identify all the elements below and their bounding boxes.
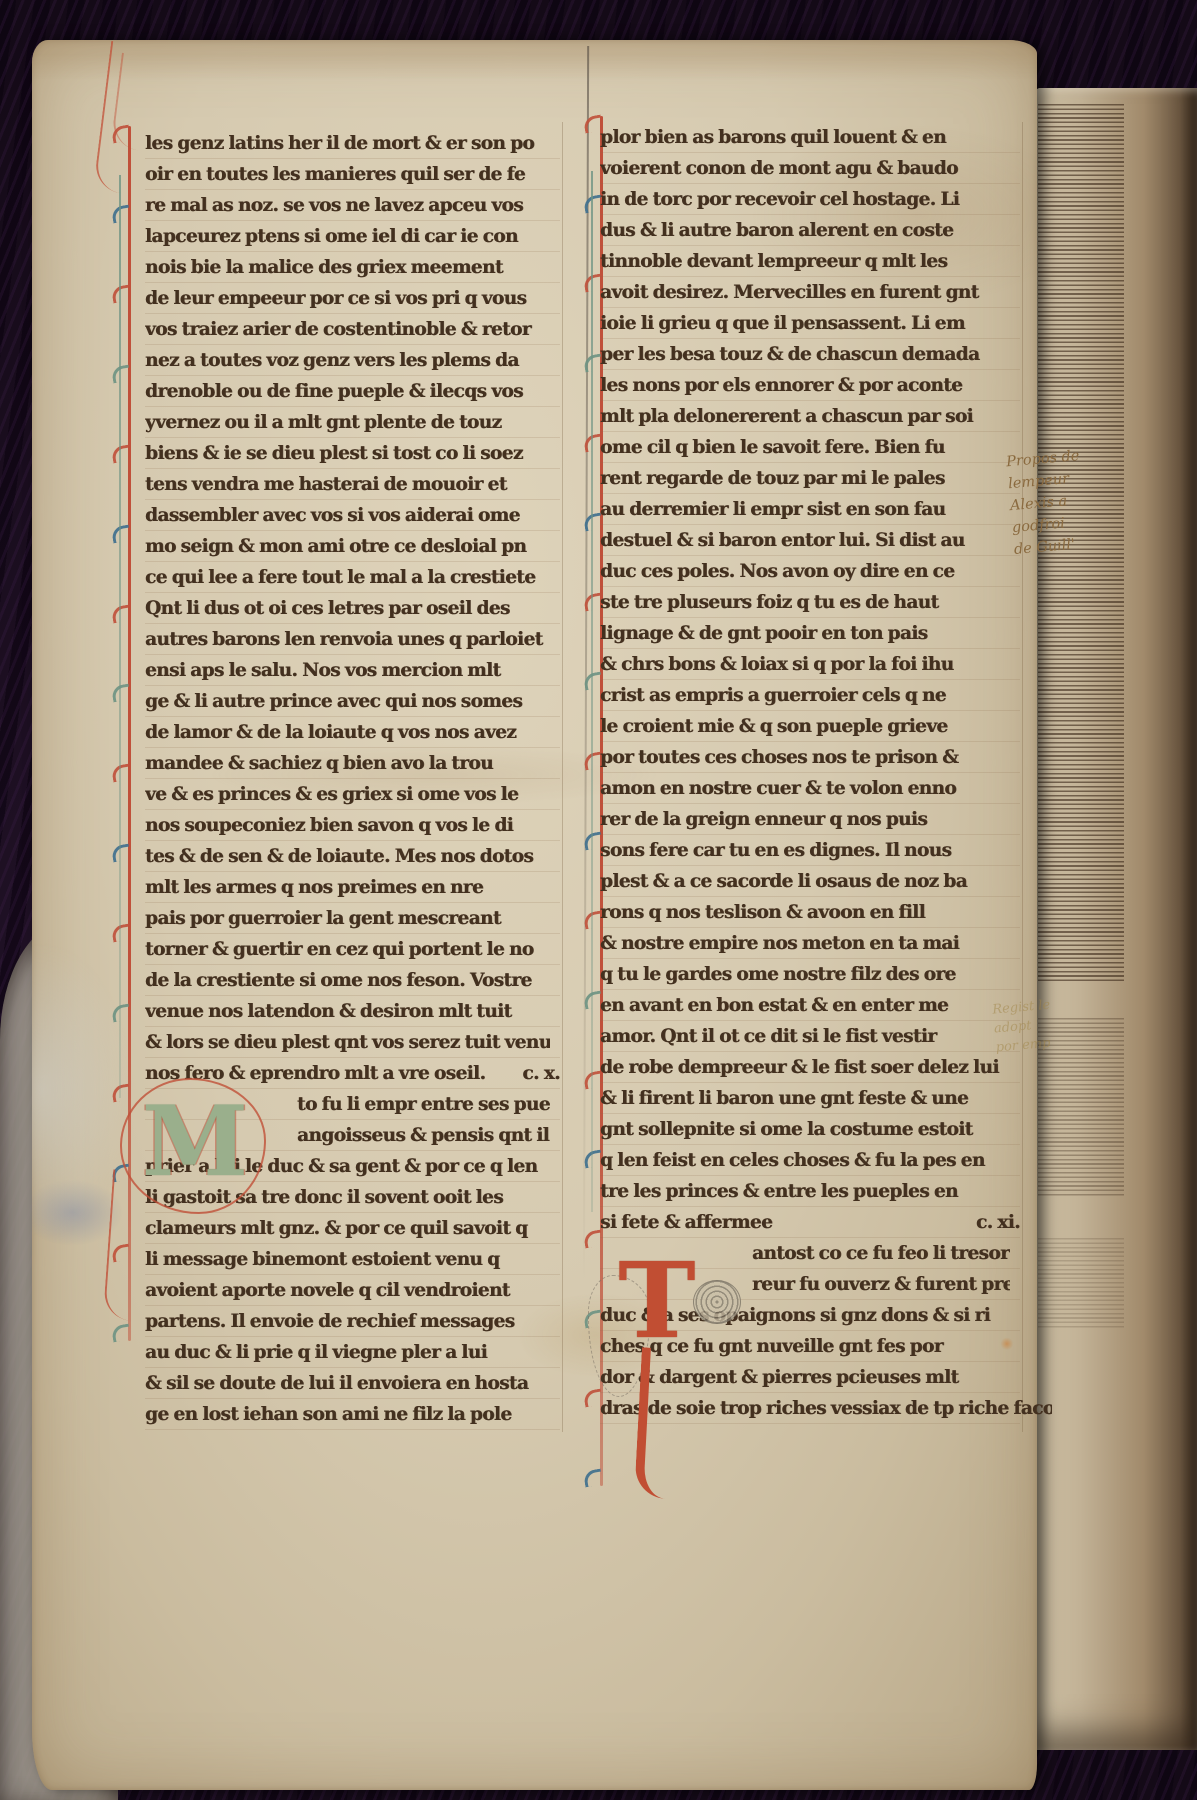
- chapter-numeral: [1010, 1083, 1020, 1114]
- chapter-numeral: [550, 407, 560, 438]
- line-text: amor. Qnt il ot ce dit si le fist vestir: [600, 1021, 1010, 1052]
- text-line: ome cil q bien le savoit fere. Bien fu: [600, 432, 1020, 463]
- line-text: re mal as noz. se vos ne lavez apceu vos: [145, 190, 550, 221]
- line-text: Qnt li dus ot oi ces letres par oseil de…: [145, 593, 550, 624]
- line-text: & li firent li baron une gnt feste & une: [600, 1083, 1010, 1114]
- line-text: ge & li autre prince avec qui nos somes: [145, 686, 550, 717]
- text-line: por toutes ces choses nos te prison &: [600, 742, 1020, 773]
- text-line: pais por guerroier la gent mescreant: [145, 903, 560, 934]
- line-text: & chrs bons & loiax si q por la foi ihu: [600, 649, 1010, 680]
- line-text: ensi aps le salu. Nos vos mercion mlt: [145, 655, 550, 686]
- text-line: tens vendra me hasterai de mouoir et: [145, 469, 560, 500]
- text-line: ge en lost iehan son ami ne filz la pole: [145, 1399, 560, 1430]
- chapter-numeral: [1052, 1393, 1062, 1424]
- text-line: destuel & si baron entor lui. Si dist au: [600, 525, 1020, 556]
- text-line: duc ces poles. Nos avon oy dire en ce: [600, 556, 1020, 587]
- chapter-numeral: [1010, 1269, 1020, 1300]
- text-line: rent regarde de touz par mi le pales: [600, 463, 1020, 494]
- text-line: & sil se doute de lui il envoiera en hos…: [145, 1368, 560, 1399]
- pen-flourish-icon: [111, 444, 132, 463]
- line-text: drenoble ou de fine pueple & ilecqs vos: [145, 376, 550, 407]
- chapter-numeral: [1010, 618, 1020, 649]
- chapter-numeral: [550, 531, 560, 562]
- line-text: au derremier li empr sist en son fau: [600, 494, 1010, 525]
- manuscript-photo: { "palette": { "parchment": "#d6cab0", "…: [0, 0, 1197, 1800]
- chapter-numeral: [550, 1275, 560, 1306]
- line-text: in de torc por recevoir cel hostage. Li: [600, 184, 1010, 215]
- line-text: de robe dempreeur & le fist soer delez l…: [600, 1052, 1010, 1083]
- line-text: gnt sollepnite si ome la costume estoit: [600, 1114, 1010, 1145]
- text-line: mlt pla delonererent a chascun par soi: [600, 401, 1020, 432]
- text-line: amor. Qnt il ot ce dit si le fist vestir: [600, 1021, 1020, 1052]
- chapter-numeral: [550, 934, 560, 965]
- text-column-right: plor bien as barons quil louent & en voi…: [600, 122, 1020, 1424]
- line-text: destuel & si baron entor lui. Si dist au: [600, 525, 1010, 556]
- line-text: de la crestiente si ome nos feson. Vostr…: [145, 965, 550, 996]
- chapter-numeral: [550, 438, 560, 469]
- line-text: lignage & de gnt pooir en ton pais: [600, 618, 1010, 649]
- line-text: rent regarde de touz par mi le pales: [600, 463, 1010, 494]
- chapter-numeral: [550, 686, 560, 717]
- text-line: dus & li autre baron alerent en coste: [600, 215, 1020, 246]
- chapter-numeral: [550, 593, 560, 624]
- chapter-numeral: [1010, 308, 1020, 339]
- pen-flourish-icon: [111, 604, 132, 623]
- pen-flourish-icon: [111, 924, 132, 943]
- text-line: mandee & sachiez q bien avo la trou: [145, 748, 560, 779]
- text-line: re mal as noz. se vos ne lavez apceu vos: [145, 190, 560, 221]
- line-text: sons fere car tu en es dignes. Il nous: [600, 835, 1010, 866]
- line-text: ve & es princes & es griex si ome vos le: [145, 779, 550, 810]
- chapter-numeral: [1010, 866, 1020, 897]
- chapter-numeral: [1010, 680, 1020, 711]
- line-text: en avant en bon estat & en enter me: [600, 990, 1010, 1021]
- pen-flourish-icon: [111, 204, 132, 223]
- line-text: ge en lost iehan son ami ne filz la pole: [145, 1399, 550, 1430]
- line-text: to fu li empr entre ses puez homes: [297, 1089, 550, 1120]
- line-text: avoient aporte novele q cil vendroient: [145, 1275, 550, 1306]
- chapter-numeral: [550, 872, 560, 903]
- chapter-numeral: [1010, 246, 1020, 277]
- chapter-numeral: [1010, 959, 1020, 990]
- chapter-numeral: [1010, 711, 1020, 742]
- chapter-numeral: [550, 655, 560, 686]
- text-line: nos soupeconiez bien savon q vos le di: [145, 810, 560, 841]
- chapter-numeral: [550, 190, 560, 221]
- text-line: avoient aporte novele q cil vendroient: [145, 1275, 560, 1306]
- line-text: yvernez ou il a mlt gnt plente de touz: [145, 407, 550, 438]
- line-text: dassembler avec vos si vos aiderai ome: [145, 500, 550, 531]
- line-text: tens vendra me hasterai de mouoir et: [145, 469, 550, 500]
- chapter-numeral: c. xi.: [966, 1207, 1020, 1238]
- text-line: venue nos latendon & desiron mlt tuit: [145, 996, 560, 1027]
- chapter-numeral: [1010, 1331, 1020, 1362]
- text-line: oir en toutes les manieres quil ser de f…: [145, 159, 560, 190]
- line-text: tre les princes & entre les pueples en: [600, 1176, 1010, 1207]
- pen-flourish-icon: [111, 524, 132, 543]
- chapter-numeral: [550, 996, 560, 1027]
- line-text: le croient mie & q son pueple grieve: [600, 711, 1010, 742]
- line-text: & lors se dieu plest qnt vos serez tuit …: [145, 1027, 550, 1058]
- text-line: plor bien as barons quil louent & en: [600, 122, 1020, 153]
- chapter-numeral: [1010, 928, 1020, 959]
- text-line: ce qui lee a fere tout le mal a la crest…: [145, 562, 560, 593]
- line-text: li message binemont estoient venu q: [145, 1244, 550, 1275]
- line-text: de lamor & de la loiaute q vos nos avez: [145, 717, 550, 748]
- chapter-numeral: [550, 1368, 560, 1399]
- chapter-numeral: [550, 252, 560, 283]
- text-line: tes & de sen & de loiaute. Mes nos dotos: [145, 841, 560, 872]
- chapter-numeral: [550, 717, 560, 748]
- pen-flourish-icon: [111, 844, 132, 863]
- text-line: & lors se dieu plest qnt vos serez tuit …: [145, 1027, 560, 1058]
- line-text: avoit desirez. Mervecilles en furent gnt: [600, 277, 1010, 308]
- line-text: crist as empris a guerroier cels q ne: [600, 680, 1010, 711]
- text-line: q tu le gardes ome nostre filz des ore: [600, 959, 1020, 990]
- chapter-numeral: [550, 965, 560, 996]
- chapter-numeral: [1010, 773, 1020, 804]
- margin-annotation: Propos delempeurAlexis agodfroide Guill': [1005, 445, 1088, 561]
- line-text: nez a toutes voz genz vers les plems da: [145, 345, 550, 376]
- chapter-numeral: [1010, 804, 1020, 835]
- line-text: voierent conon de mont agu & baudo: [600, 153, 1010, 184]
- text-line: amon en nostre cuer & te volon enno: [600, 773, 1020, 804]
- text-line: ioie li grieu q que il pensassent. Li em: [600, 308, 1020, 339]
- text-line: q len feist en celes choses & fu la pes …: [600, 1145, 1020, 1176]
- text-line: lignage & de gnt pooir en ton pais: [600, 618, 1020, 649]
- pen-flourish-icon: [111, 764, 132, 783]
- adjacent-folio-edge: [1030, 88, 1197, 1750]
- chapter-numeral: [550, 500, 560, 531]
- text-line: sons fere car tu en es dignes. Il nous: [600, 835, 1020, 866]
- line-text: ce qui lee a fere tout le mal a la crest…: [145, 562, 550, 593]
- text-line: de la crestiente si ome nos feson. Vostr…: [145, 965, 560, 996]
- text-line: partens. Il envoie de rechief messages: [145, 1306, 560, 1337]
- text-line: & li firent li baron une gnt feste & une: [600, 1083, 1020, 1114]
- text-line: rer de la greign enneur q nos puis: [600, 804, 1020, 835]
- chapter-numeral: [1010, 1114, 1020, 1145]
- chapter-numeral: [550, 1182, 560, 1213]
- line-text: mlt pla delonererent a chascun par soi: [600, 401, 1010, 432]
- chapter-numeral: [550, 283, 560, 314]
- chapter-numeral: [1010, 215, 1020, 246]
- line-text: ioie li grieu q que il pensassent. Li em: [600, 308, 1010, 339]
- text-line: ve & es princes & es griex si ome vos le: [145, 779, 560, 810]
- margin-annotation-faint: Regist leadoptpor emp: [992, 996, 1055, 1058]
- line-text: lapceurez ptens si ome iel di car ie con: [145, 221, 550, 252]
- text-line: le croient mie & q son pueple grieve: [600, 711, 1020, 742]
- text-line: torner & guertir en cez qui portent le n…: [145, 934, 560, 965]
- line-text: q tu le gardes ome nostre filz des ore: [600, 959, 1010, 990]
- text-line: les nons por els ennorer & por aconte: [600, 370, 1020, 401]
- text-line: dassembler avec vos si vos aiderai ome: [145, 500, 560, 531]
- text-line: biens & ie se dieu plest si tost co li s…: [145, 438, 560, 469]
- text-line: per les besa touz & de chascun demada: [600, 339, 1020, 370]
- line-text: tinnoble devant lempreeur q mlt les: [600, 246, 1010, 277]
- chapter-numeral: [1010, 153, 1020, 184]
- line-text: autres barons len renvoia unes q parloie…: [145, 624, 550, 655]
- chapter-numeral: [1010, 835, 1020, 866]
- chapter-numeral: [550, 810, 560, 841]
- text-line: ge & li autre prince avec qui nos somes: [145, 686, 560, 717]
- text-line: nois bie la malice des griex meement: [145, 252, 560, 283]
- line-text: plest & a ce sacorde li osaus de noz ba: [600, 866, 1010, 897]
- chapter-numeral: [550, 841, 560, 872]
- chapter-numeral: [1010, 587, 1020, 618]
- pen-flourish-icon: [111, 1004, 132, 1023]
- chapter-numeral: [550, 624, 560, 655]
- line-text: biens & ie se dieu plest si tost co li s…: [145, 438, 550, 469]
- line-text: de leur empeeur por ce si vos pri q vous: [145, 283, 550, 314]
- chapter-numeral: [1010, 1300, 1020, 1331]
- chapter-numeral: [550, 221, 560, 252]
- chapter-numeral: [550, 562, 560, 593]
- line-text: partens. Il envoie de rechief messages: [145, 1306, 550, 1337]
- chapter-numeral: [550, 748, 560, 779]
- text-line: avoit desirez. Mervecilles en furent gnt: [600, 277, 1020, 308]
- chapter-numeral: [1010, 401, 1020, 432]
- chapter-numeral: [550, 1306, 560, 1337]
- text-line: plest & a ce sacorde li osaus de noz ba: [600, 866, 1020, 897]
- line-text: ome cil q bien le savoit fere. Bien fu: [600, 432, 1010, 463]
- chapter-numeral: [1010, 277, 1020, 308]
- filigree-ornament: [693, 1280, 741, 1324]
- text-line: lapceurez ptens si ome iel di car ie con: [145, 221, 560, 252]
- fore-edge-microtext: [1038, 1238, 1124, 1328]
- text-line: in de torc por recevoir cel hostage. Li: [600, 184, 1020, 215]
- chapter-numeral: [550, 1337, 560, 1368]
- chapter-numeral: [550, 314, 560, 345]
- chapter-numeral: [1010, 1238, 1020, 1269]
- chapter-numeral: [550, 1120, 560, 1151]
- text-line: li message binemont estoient venu q: [145, 1244, 560, 1275]
- line-text: ste tre pluseurs foiz q tu es de haut: [600, 587, 1010, 618]
- text-line: au duc & li prie q il viegne pler a lui: [145, 1337, 560, 1368]
- line-text: oir en toutes les manieres quil ser de f…: [145, 159, 550, 190]
- text-line: au derremier li empr sist en son fau: [600, 494, 1020, 525]
- pen-flourish-icon: [583, 1468, 604, 1487]
- text-line: drenoble ou de fine pueple & ilecqs vos: [145, 376, 560, 407]
- line-text: amon en nostre cuer & te volon enno: [600, 773, 1010, 804]
- text-line: voierent conon de mont agu & baudo: [600, 153, 1020, 184]
- text-line: si fete & affermeec. xi.: [600, 1207, 1020, 1238]
- chapter-numeral: [1010, 1052, 1020, 1083]
- chapter-numeral: [1010, 1362, 1020, 1393]
- text-line: ste tre pluseurs foiz q tu es de haut: [600, 587, 1020, 618]
- decorated-initial-M: M: [120, 1082, 270, 1232]
- chapter-numeral: [550, 1151, 560, 1182]
- line-text: pais por guerroier la gent mescreant: [145, 903, 550, 934]
- chapter-numeral: [550, 779, 560, 810]
- chapter-numeral: [550, 345, 560, 376]
- line-text: dus & li autre baron alerent en coste: [600, 215, 1010, 246]
- line-text: plor bien as barons quil louent & en: [600, 122, 1010, 153]
- line-text: angoisseus & pensis qnt il peust a: [297, 1120, 550, 1151]
- chapter-numeral: [1010, 897, 1020, 928]
- pen-flourish-icon: [111, 1323, 132, 1342]
- text-line: mo seign & mon ami otre ce desloial pn: [145, 531, 560, 562]
- chapter-numeral: [1010, 1145, 1020, 1176]
- line-text: les nons por els ennorer & por aconte: [600, 370, 1010, 401]
- line-text: q len feist en celes choses & fu la pes …: [600, 1145, 1010, 1176]
- line-text: mandee & sachiez q bien avo la trou: [145, 748, 550, 779]
- pen-flourish-icon: [111, 364, 132, 383]
- text-line: autres barons len renvoia unes q parloie…: [145, 624, 560, 655]
- chapter-numeral: [1010, 649, 1020, 680]
- chapter-numeral: c. x.: [512, 1058, 560, 1089]
- line-text: antost co ce fu feo li tresors lempe: [752, 1238, 1010, 1269]
- chapter-numeral: [550, 469, 560, 500]
- line-text: mlt les armes q nos preimes en nre: [145, 872, 550, 903]
- text-line: crist as empris a guerroier cels q ne: [600, 680, 1020, 711]
- chapter-numeral: [1010, 122, 1020, 153]
- line-text: reur fu ouverz & furent presente au: [752, 1269, 1010, 1300]
- chapter-numeral: [550, 1213, 560, 1244]
- chapter-numeral: [550, 1399, 560, 1430]
- text-line: de robe dempreeur & le fist soer delez l…: [600, 1052, 1020, 1083]
- text-line: yvernez ou il a mlt gnt plente de touz: [145, 407, 560, 438]
- chapter-numeral: [550, 903, 560, 934]
- pen-flourish-icon: [111, 684, 132, 703]
- manuscript-page: les genz latins her il de mort & er son …: [32, 40, 1037, 1790]
- chapter-numeral: [1010, 370, 1020, 401]
- chapter-numeral: [1010, 1176, 1020, 1207]
- chapter-numeral: [550, 159, 560, 190]
- chapter-numeral: [550, 1089, 560, 1120]
- text-line: en avant en bon estat & en enter me: [600, 990, 1020, 1021]
- line-text: les genz latins her il de mort & er son …: [145, 128, 550, 159]
- text-line: tre les princes & entre les pueples en: [600, 1176, 1020, 1207]
- text-line: Qnt li dus ot oi ces letres par oseil de…: [145, 593, 560, 624]
- line-text: rons q nos teslison & avoon en fill: [600, 897, 1010, 928]
- line-text: & sil se doute de lui il envoiera en hos…: [145, 1368, 550, 1399]
- line-text: per les besa touz & de chascun demada: [600, 339, 1010, 370]
- chapter-numeral: [1010, 184, 1020, 215]
- line-text: torner & guertir en cez qui portent le n…: [145, 934, 550, 965]
- chapter-numeral: [1010, 742, 1020, 773]
- chapter-numeral: [550, 1027, 560, 1058]
- column-ruling: [562, 122, 563, 1432]
- text-line: tinnoble devant lempreeur q mlt les: [600, 246, 1020, 277]
- chapter-numeral: [550, 376, 560, 407]
- column-ruling: [1022, 122, 1023, 1432]
- text-line: nez a toutes voz genz vers les plems da: [145, 345, 560, 376]
- line-text: duc ces poles. Nos avon oy dire en ce: [600, 556, 1010, 587]
- chapter-numeral: [550, 1244, 560, 1275]
- pen-flourish-icon: [111, 284, 132, 303]
- line-text: mo seign & mon ami otre ce desloial pn: [145, 531, 550, 562]
- line-text: au duc & li prie q il viegne pler a lui: [145, 1337, 550, 1368]
- line-text: por toutes ces choses nos te prison &: [600, 742, 1010, 773]
- line-text: nois bie la malice des griex meement: [145, 252, 550, 283]
- line-text: tes & de sen & de loiaute. Mes nos dotos: [145, 841, 550, 872]
- text-column-left: les genz latins her il de mort & er son …: [145, 128, 560, 1430]
- text-line: rons q nos teslison & avoon en fill: [600, 897, 1020, 928]
- chapter-numeral: [550, 128, 560, 159]
- text-line: gnt sollepnite si ome la costume estoit: [600, 1114, 1020, 1145]
- text-line: de lamor & de la loiaute q vos nos avez: [145, 717, 560, 748]
- text-line: & chrs bons & loiax si q por la foi ihu: [600, 649, 1020, 680]
- chapter-numeral: [1010, 339, 1020, 370]
- text-line: vos traiez arier de costentinoble & reto…: [145, 314, 560, 345]
- line-text: rer de la greign enneur q nos puis: [600, 804, 1010, 835]
- text-line: les genz latins her il de mort & er son …: [145, 128, 560, 159]
- pen-flourish-icon: [111, 125, 132, 144]
- line-text: nos soupeconiez bien savon q vos le di: [145, 810, 550, 841]
- line-text: venue nos latendon & desiron mlt tuit: [145, 996, 550, 1027]
- text-line: ensi aps le salu. Nos vos mercion mlt: [145, 655, 560, 686]
- text-line: de leur empeeur por ce si vos pri q vous: [145, 283, 560, 314]
- line-text: & nostre empire nos meton en ta mai: [600, 928, 1010, 959]
- line-text: si fete & affermee: [600, 1207, 966, 1238]
- text-line: mlt les armes q nos preimes en nre: [145, 872, 560, 903]
- line-text: vos traiez arier de costentinoble & reto…: [145, 314, 550, 345]
- text-line: & nostre empire nos meton en ta mai: [600, 928, 1020, 959]
